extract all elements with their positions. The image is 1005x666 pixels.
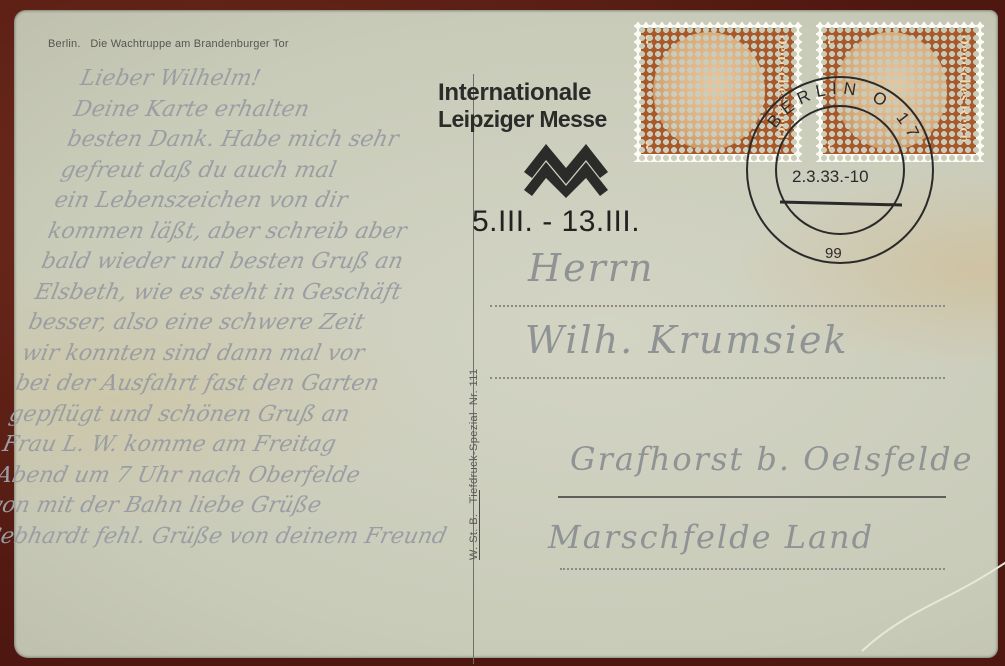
address-line-1 [490,305,945,307]
postmark-date: 2.3.33.-10 [792,167,869,186]
postmark-cancel: BERLIN O 17 2.3.33.-10 99 [740,70,940,270]
message-line: kommen läßt, aber schreib aber [45,217,491,248]
message-line: gefreut daß du auch mal [58,156,504,187]
fair-dates: 5.III. - 13.III. [472,205,640,239]
message-line: ein Lebenszeichen von dir [51,186,497,217]
message-line: besser, also eine schwere Zeit [26,308,472,339]
address-name: Wilh. Krumsiek [525,318,849,362]
message-line: wir konnten sind dann mal vor [19,339,465,370]
card-crease [860,555,1005,655]
imprint-rule [479,490,480,560]
postmark-code: 99 [825,245,842,262]
stamp-value: 3 [827,30,835,47]
address-line-3 [558,496,946,498]
message-line: von mit der Bahn liebe Grüße [0,491,433,522]
address-town: Grafhorst b. Oelsfelde [570,440,974,478]
slogan-line-1: Internationale [438,80,607,106]
leipzig-fair-mm-logo-icon [520,138,612,204]
stamp-value: 3 [645,135,653,152]
postmark-city: BERLIN O 17 [764,79,926,146]
message-line: Gebhardt fehl. Grüße von deinem Freund [0,522,427,553]
stamp-value: 3 [645,30,653,47]
message-line: Elsbeth, wie es steht in Geschäft [32,278,478,309]
postcard-caption: Berlin. Die Wachtruppe am Brandenburger … [48,38,289,50]
message-line: bald wieder und besten Gruß an [38,247,484,278]
address-line-2 [490,377,945,379]
message-line: Abend um 7 Uhr nach Oberfelde [0,461,440,492]
message-line: gepflügt und schönen Gruß an [6,400,452,431]
message-line: bei der Ausfahrt fast den Garten [13,369,459,400]
stamp-country: Deutsches Reich [955,34,972,143]
slogan-line-2: Leipziger Messe [438,106,607,132]
address-district: Marschfelde Land [548,518,874,556]
message-line: Frau L. W. komme am Freitag [0,430,446,461]
address-salutation: Herrn [528,246,654,290]
slogan-cancel: Internationale Leipziger Messe [438,80,607,132]
